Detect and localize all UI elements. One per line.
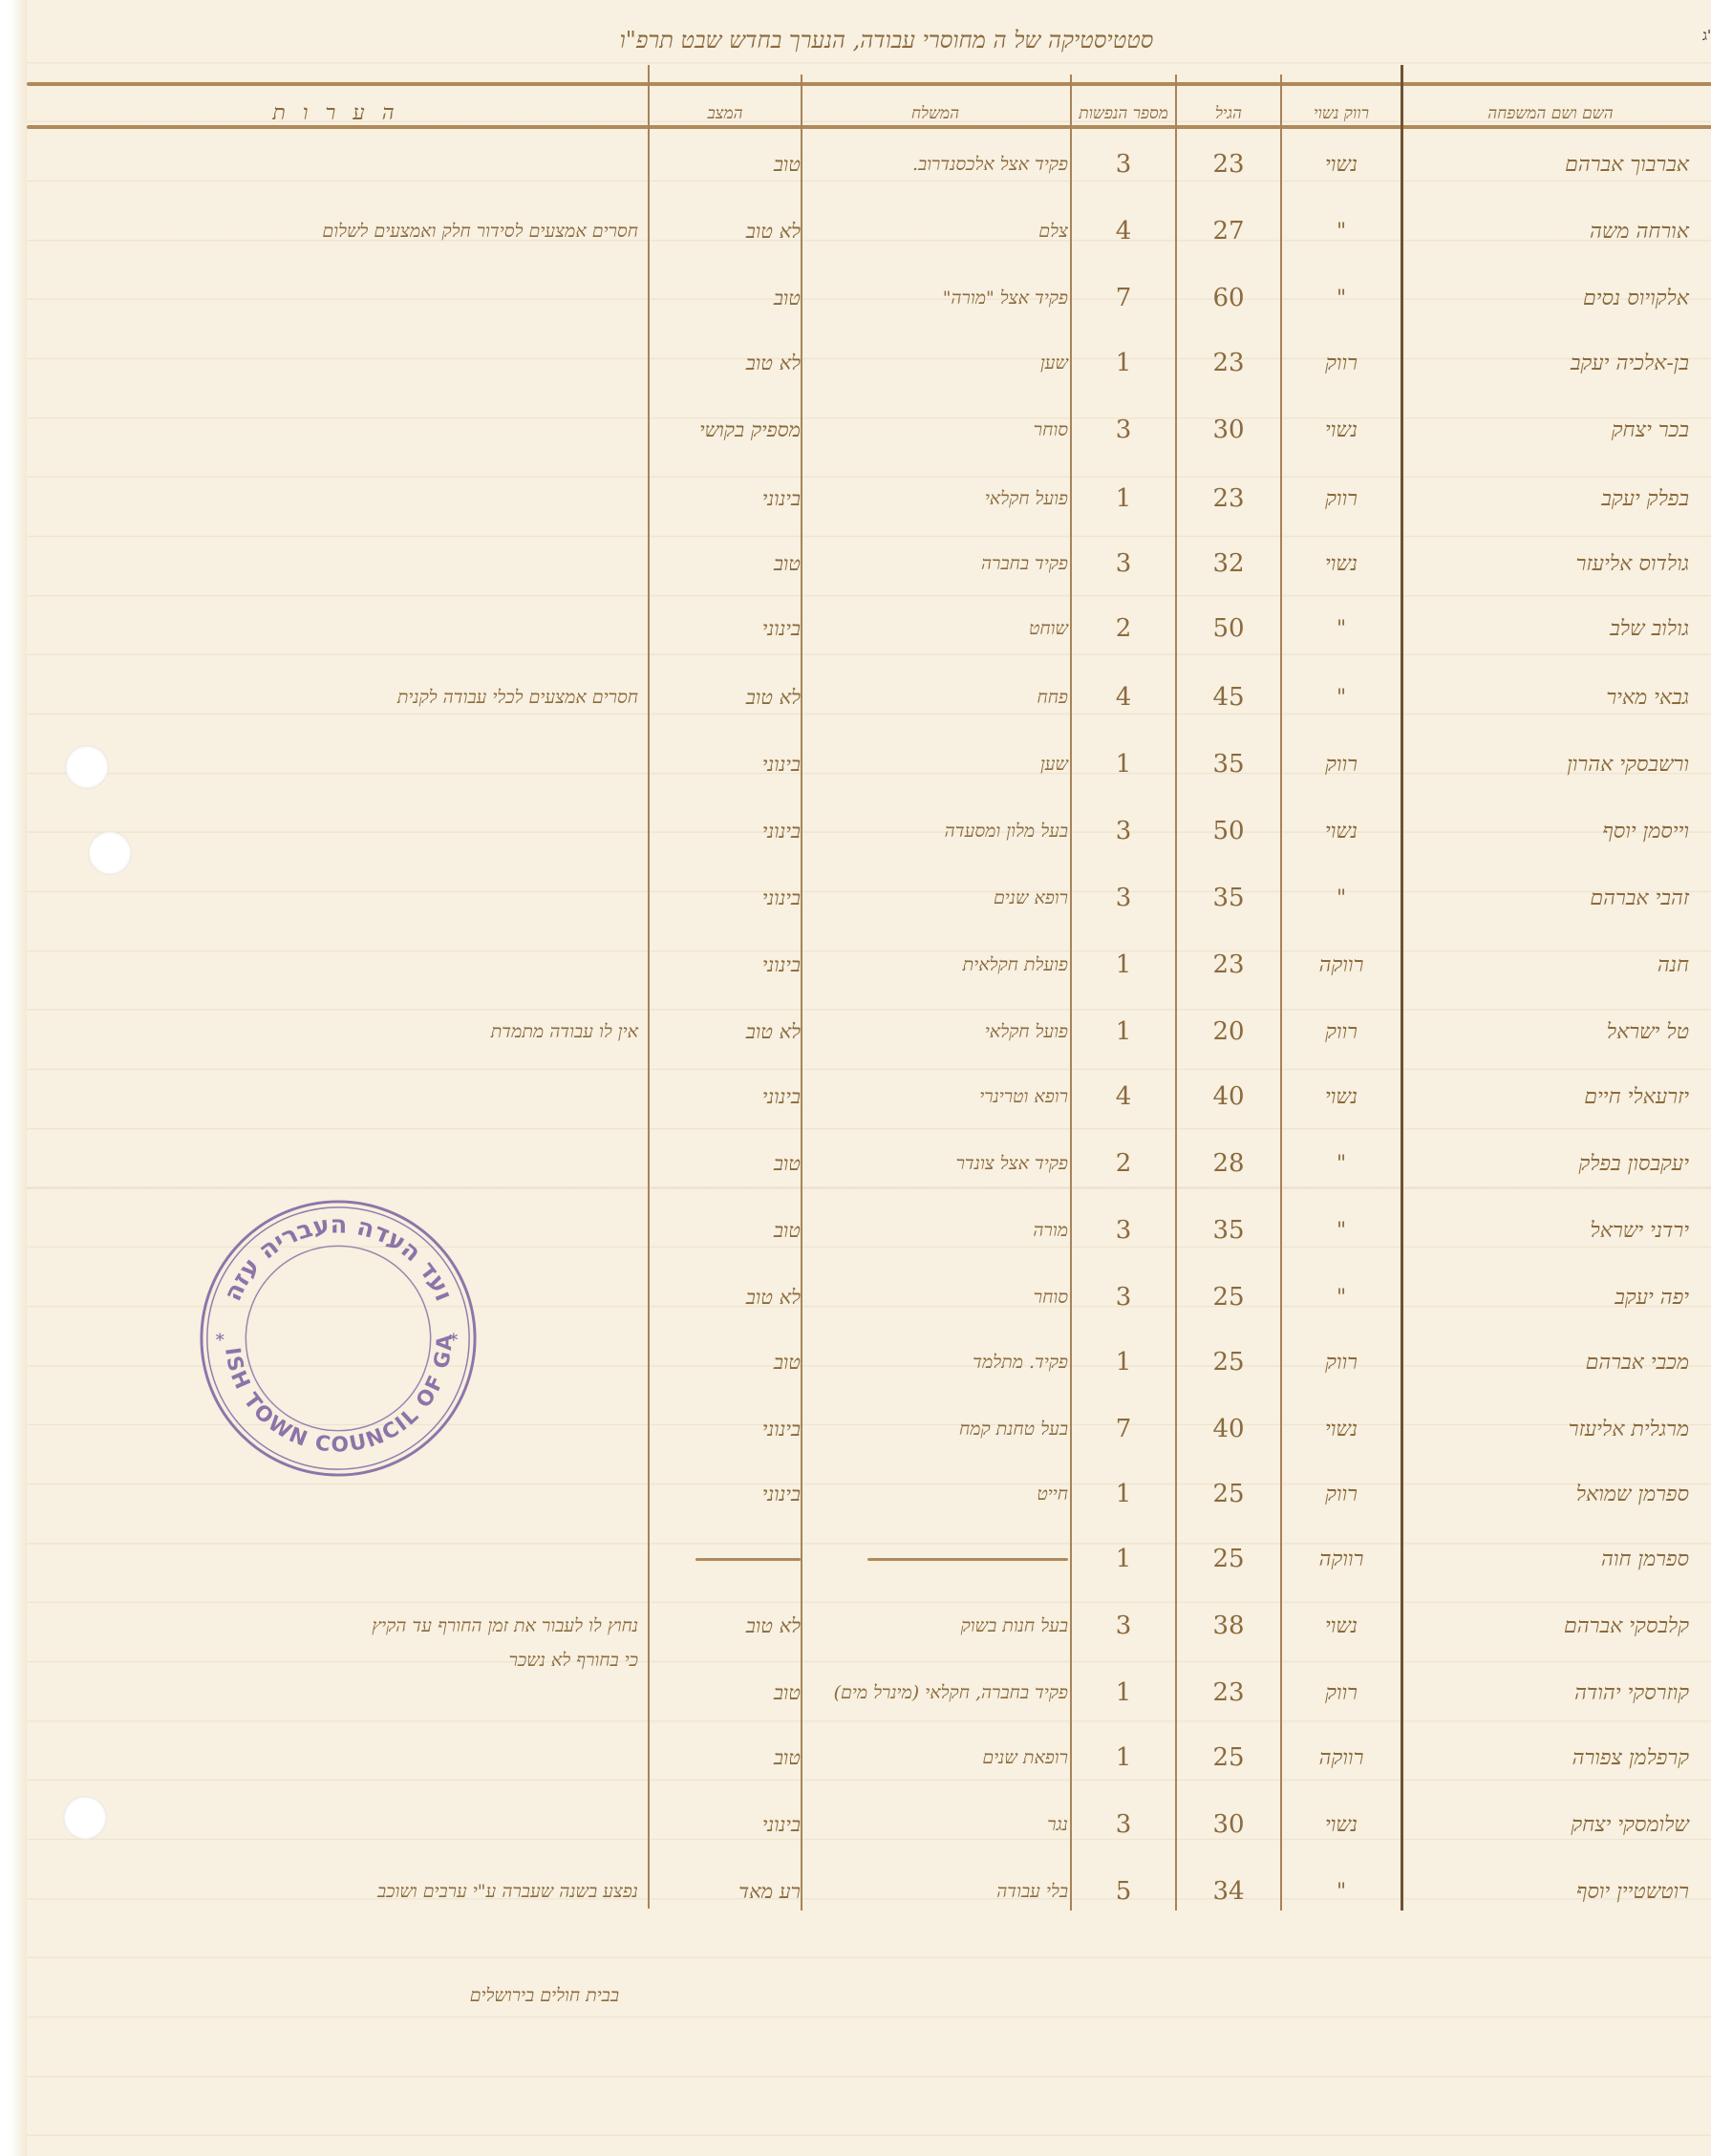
stamp-star-right: * <box>449 1332 458 1351</box>
row-persons: 1 <box>1072 1664 1175 1721</box>
row-age: 45 <box>1177 669 1280 726</box>
row-name: וייסמן יוסף <box>1402 802 1697 860</box>
table-row: אברבוך אברהםנשוי233פקיד אצל אלכסנדרוב.טו… <box>27 136 1711 193</box>
row-name: יזרעאלי חיים <box>1402 1068 1697 1125</box>
row-name: טל ישראל <box>1402 1003 1697 1060</box>
row-name: ספרמן חוה <box>1402 1530 1697 1588</box>
row-marital-status: " <box>1282 1269 1401 1326</box>
row-age: 25 <box>1177 1334 1280 1391</box>
row-marital-status: רווקה <box>1282 936 1401 993</box>
row-condition: טוב <box>650 1135 806 1192</box>
row-name: שלומסקי יצחק <box>1402 1796 1697 1853</box>
row-name: ספרמן שמואל <box>1402 1465 1697 1523</box>
row-marital-status: רווקה <box>1282 1530 1401 1588</box>
row-persons: 1 <box>1072 1334 1175 1391</box>
row-persons: 2 <box>1072 1135 1175 1192</box>
row-age: 25 <box>1177 1465 1280 1523</box>
row-condition: בינוני <box>650 869 806 927</box>
row-age: 25 <box>1177 1269 1280 1326</box>
row-persons: 4 <box>1072 1068 1175 1125</box>
row-marital-status: רווק <box>1282 1003 1401 1060</box>
table-row: קלבסקי אברהםנשוי383בעל חנות בשוקלא טובנח… <box>27 1597 1711 1654</box>
header-top-rule <box>27 82 1711 86</box>
row-persons: 3 <box>1072 1269 1175 1326</box>
row-condition: בינוני <box>650 1068 806 1125</box>
row-persons: 7 <box>1072 269 1175 327</box>
stamp-star-left: * <box>216 1332 225 1351</box>
row-persons: 1 <box>1072 334 1175 392</box>
row-marital-status: " <box>1282 869 1401 927</box>
row-notes <box>65 401 646 459</box>
row-notes <box>65 936 646 993</box>
row-notes <box>65 600 646 657</box>
row-notes <box>65 802 646 860</box>
svg-text:ועד העדה העבריה עזה: ועד העדה העבריה עזה <box>219 1210 459 1305</box>
header-occupation: המשלח <box>802 88 1068 139</box>
blank-dash <box>695 1558 801 1561</box>
row-occupation: שען <box>802 736 1076 793</box>
row-occupation: חייט <box>802 1465 1076 1523</box>
row-persons: 3 <box>1072 1202 1175 1259</box>
row-name: בן-אלכיה יעקב <box>1402 334 1697 392</box>
row-age: 60 <box>1177 269 1280 327</box>
row-notes <box>65 1530 646 1588</box>
row-persons: 3 <box>1072 802 1175 860</box>
row-persons: 1 <box>1072 1465 1175 1523</box>
row-age: 35 <box>1177 1202 1280 1259</box>
row-occupation: רופאת שנים <box>802 1729 1076 1786</box>
row-name: זהבי אברהם <box>1402 869 1697 927</box>
row-occupation: בעל מלון ומסעדה <box>802 802 1076 860</box>
table-row: רוטשטיין יוסף"345בלי עבודהרע מאדנפצע בשנ… <box>27 1863 1711 1920</box>
row-occupation: בעל חנות בשוק <box>802 1597 1076 1654</box>
row-persons: 1 <box>1072 1530 1175 1588</box>
row-notes <box>65 470 646 527</box>
row-marital-status: נשוי <box>1282 1400 1401 1458</box>
row-notes <box>65 869 646 927</box>
row-marital-status: רווק <box>1282 470 1401 527</box>
footer-note-continuation: בבית חולים בירושלים <box>294 1985 619 2007</box>
row-name: אברבוך אברהם <box>1402 136 1697 193</box>
row-occupation: פקיד אצל "מורה" <box>802 269 1076 327</box>
row-occupation: פחח <box>802 669 1076 726</box>
row-persons: 1 <box>1072 736 1175 793</box>
header-notes: הערות <box>46 88 638 139</box>
row-name: ורשבסקי אהרון <box>1402 736 1697 793</box>
row-occupation: בלי עבודה <box>802 1863 1076 1920</box>
row-name: חנה <box>1402 936 1697 993</box>
row-occupation: סוחר <box>802 1269 1076 1326</box>
row-notes <box>65 1664 646 1721</box>
row-notes <box>65 1729 646 1786</box>
row-occupation: צלם <box>802 203 1076 260</box>
table-row: יעקבסון בפלק"282פקיד אצל צונדרטוב <box>27 1135 1711 1192</box>
row-age: 25 <box>1177 1729 1280 1786</box>
row-persons: 1 <box>1072 1729 1175 1786</box>
row-occupation: פועל חקלאי <box>802 1003 1076 1060</box>
row-name: גולוב שלב <box>1402 600 1697 657</box>
row-condition: בינוני <box>650 470 806 527</box>
row-name: יעקבסון בפלק <box>1402 1135 1697 1192</box>
row-marital-status: " <box>1282 1135 1401 1192</box>
row-age: 23 <box>1177 470 1280 527</box>
row-condition: בינוני <box>650 936 806 993</box>
row-notes <box>65 1796 646 1853</box>
row-age: 34 <box>1177 1863 1280 1920</box>
table-row: בן-אלכיה יעקברווק231שעןלא טוב <box>27 334 1711 392</box>
row-persons: 1 <box>1072 470 1175 527</box>
row-marital-status: " <box>1282 669 1401 726</box>
row-name: בפלק יעקב <box>1402 470 1697 527</box>
row-marital-status: " <box>1282 1863 1401 1920</box>
table-row: גולוב שלב"502שוחטבינוני <box>27 600 1711 657</box>
row-condition: לא טוב <box>650 334 806 392</box>
row-name: מכבי אברהם <box>1402 1334 1697 1391</box>
row-marital-status: רווק <box>1282 1465 1401 1523</box>
row-occupation: פקיד אצל אלכסנדרוב. <box>802 136 1076 193</box>
row-persons: 1 <box>1072 936 1175 993</box>
blank-dash <box>867 1558 1068 1561</box>
row-condition: מספיק בקושי <box>650 401 806 459</box>
row-age: 40 <box>1177 1400 1280 1458</box>
row-marital-status: נשוי <box>1282 136 1401 193</box>
row-marital-status: " <box>1282 203 1401 260</box>
table-row: גולדוס אליעזרנשוי323פקיד בחברהטוב <box>27 535 1711 592</box>
page-marker: ג' <box>1702 27 1711 45</box>
row-occupation: פקיד. מתלמד <box>802 1334 1076 1391</box>
document-title: סטטיסטיקה של ה מחוסרי עבודה, הנערך בחדש … <box>457 27 1316 54</box>
row-age: 23 <box>1177 334 1280 392</box>
row-occupation: שוחט <box>802 600 1076 657</box>
row-persons: 3 <box>1072 136 1175 193</box>
row-occupation: פקיד בחברה, חקלאי (מינרל מים) <box>802 1664 1076 1721</box>
row-age: 40 <box>1177 1068 1280 1125</box>
row-age: 23 <box>1177 936 1280 993</box>
row-notes: אין לו עבודה מתמדת <box>65 1003 646 1060</box>
row-marital-status: נשוי <box>1282 401 1401 459</box>
row-occupation: שען <box>802 334 1076 392</box>
row-marital-status: נשוי <box>1282 1597 1401 1654</box>
row-name: קלבסקי אברהם <box>1402 1597 1697 1654</box>
row-name: אלקויוס נסים <box>1402 269 1697 327</box>
row-name: יפה יעקב <box>1402 1269 1697 1326</box>
row-condition: לא טוב <box>650 669 806 726</box>
row-notes <box>65 736 646 793</box>
row-condition: טוב <box>650 269 806 327</box>
row-condition: לא טוב <box>650 203 806 260</box>
row-condition: לא טוב <box>650 1003 806 1060</box>
row-condition: רע מאד <box>650 1863 806 1920</box>
row-marital-status: " <box>1282 1202 1401 1259</box>
row-condition: טוב <box>650 136 806 193</box>
header-name: השם ושם המשפחה <box>1402 88 1699 139</box>
row-marital-status: " <box>1282 269 1401 327</box>
row-notes <box>65 269 646 327</box>
row-occupation: נגר <box>802 1796 1076 1853</box>
table-row: יזרעאלי חייםנשוי404רופא וטרינריבינוני <box>27 1068 1711 1125</box>
row-marital-status: רווק <box>1282 1664 1401 1721</box>
row-persons: 4 <box>1072 203 1175 260</box>
table-row: קרפלמן צפורהרווקה251רופאת שניםטוב <box>27 1729 1711 1786</box>
row-marital-status: נשוי <box>1282 1796 1401 1853</box>
row-notes <box>65 1068 646 1125</box>
table-row: ספרמן חוהרווקה251 <box>27 1530 1711 1588</box>
row-condition: טוב <box>650 1202 806 1259</box>
row-name: ירדני ישראל <box>1402 1202 1697 1259</box>
row-occupation: סוחר <box>802 401 1076 459</box>
stamp-hebrew-text: ועד העדה העבריה עזה <box>219 1210 459 1305</box>
header-condition: המצב <box>650 88 801 139</box>
table-row: בכר יצחקנשוי303סוחרמספיק בקושי <box>27 401 1711 459</box>
row-persons: 2 <box>1072 600 1175 657</box>
row-name: בכר יצחק <box>1402 401 1697 459</box>
row-notes <box>65 1135 646 1192</box>
row-notes: נפצע בשנה שעברה ע"י ערבים ושוכב <box>65 1863 646 1920</box>
row-age: 30 <box>1177 401 1280 459</box>
row-name: גבאי מאיר <box>1402 669 1697 726</box>
row-marital-status: רווק <box>1282 334 1401 392</box>
row-occupation: פועל חקלאי <box>802 470 1076 527</box>
row-condition: בינוני <box>650 1796 806 1853</box>
table-row: חנהרווקה231פועלת חקלאיתבינוני <box>27 936 1711 993</box>
row-occupation: מורה <box>802 1202 1076 1259</box>
row-notes <box>65 535 646 592</box>
row-persons: 5 <box>1072 1863 1175 1920</box>
row-marital-status: נשוי <box>1282 535 1401 592</box>
row-persons: 1 <box>1072 1003 1175 1060</box>
row-condition: בינוני <box>650 1400 806 1458</box>
row-age: 30 <box>1177 1796 1280 1853</box>
row-persons: 4 <box>1072 669 1175 726</box>
row-notes <box>65 136 646 193</box>
row-persons: 3 <box>1072 869 1175 927</box>
row-age: 32 <box>1177 535 1280 592</box>
row-notes <box>65 334 646 392</box>
header-age: הגיל <box>1177 88 1280 139</box>
row-marital-status: רווקה <box>1282 1729 1401 1786</box>
document-page: ג' סטטיסטיקה של ה מחוסרי עבודה, הנערך בח… <box>27 0 1711 2156</box>
row-marital-status: " <box>1282 600 1401 657</box>
row-occupation: רופא שנים <box>802 869 1076 927</box>
row-age: 23 <box>1177 1664 1280 1721</box>
header-persons: מספר הנפשות <box>1072 88 1175 139</box>
row-marital-status: נשוי <box>1282 802 1401 860</box>
row-condition: בינוני <box>650 600 806 657</box>
row-notes: חסרים אמצעים לכלי עבודה לקנית <box>65 669 646 726</box>
row-age: 28 <box>1177 1135 1280 1192</box>
table-row: ורשבסקי אהרוןרווק351שעןבינוני <box>27 736 1711 793</box>
row-condition <box>650 1530 806 1588</box>
row-condition: בינוני <box>650 736 806 793</box>
row-age: 50 <box>1177 802 1280 860</box>
row-condition: בינוני <box>650 802 806 860</box>
table-row: טל ישראלרווק201פועל חקלאילא טובאין לו עב… <box>27 1003 1711 1060</box>
row-persons: 3 <box>1072 1597 1175 1654</box>
table-row: וייסמן יוסףנשוי503בעל מלון ומסעדהבינוני <box>27 802 1711 860</box>
row-occupation: בעל טחנת קמח <box>802 1400 1076 1458</box>
row-persons: 3 <box>1072 1796 1175 1853</box>
row-marital-status: רווק <box>1282 1334 1401 1391</box>
row-age: 25 <box>1177 1530 1280 1588</box>
row-age: 23 <box>1177 136 1280 193</box>
row-age: 20 <box>1177 1003 1280 1060</box>
row-occupation: פועלת חקלאית <box>802 936 1076 993</box>
row-marital-status: נשוי <box>1282 1068 1401 1125</box>
row-name: מרגלית אליעזר <box>1402 1400 1697 1458</box>
row-condition: טוב <box>650 1729 806 1786</box>
row-name: אורחה משה <box>1402 203 1697 260</box>
row-persons: 3 <box>1072 535 1175 592</box>
row-condition: בינוני <box>650 1465 806 1523</box>
council-stamp: ועד העדה העבריה עזה JEWISH TOWN COUNCIL … <box>197 1197 480 1480</box>
paper-torn-edge <box>0 0 27 2156</box>
row-condition: לא טוב <box>650 1597 806 1654</box>
row-condition: טוב <box>650 1664 806 1721</box>
row-name: קוזרסקי יהודה <box>1402 1664 1697 1721</box>
row-occupation: פקיד בחברה <box>802 535 1076 592</box>
table-row: אלקויוס נסים"607פקיד אצל "מורה"טוב <box>27 269 1711 327</box>
row-name: גולדוס אליעזר <box>1402 535 1697 592</box>
row-age: 35 <box>1177 869 1280 927</box>
row-occupation: פקיד אצל צונדר <box>802 1135 1076 1192</box>
row-notes: חסרים אמצעים לסידור חלק ואמצעים לשלום <box>65 203 646 260</box>
header-status: רווק נשוי <box>1282 88 1401 139</box>
row-name: קרפלמן צפורה <box>1402 1729 1697 1786</box>
row-marital-status: רווק <box>1282 736 1401 793</box>
row-condition: טוב <box>650 1334 806 1391</box>
table-row: בפלק יעקברווק231פועל חקלאיבינוני <box>27 470 1711 527</box>
row-condition: טוב <box>650 535 806 592</box>
row-persons: 3 <box>1072 401 1175 459</box>
row-age: 27 <box>1177 203 1280 260</box>
table-row: זהבי אברהם"353רופא שניםבינוני <box>27 869 1711 927</box>
row-name: רוטשטיין יוסף <box>1402 1863 1697 1920</box>
row-persons: 7 <box>1072 1400 1175 1458</box>
row-occupation: רופא וטרינרי <box>802 1068 1076 1125</box>
row-occupation <box>802 1530 1076 1588</box>
table-row: קוזרסקי יהודהרווק231פקיד בחברה, חקלאי (מ… <box>27 1664 1711 1721</box>
table-row: גבאי מאיר"454פחחלא טובחסרים אמצעים לכלי … <box>27 669 1711 726</box>
row-age: 50 <box>1177 600 1280 657</box>
row-condition: לא טוב <box>650 1269 806 1326</box>
row-age: 35 <box>1177 736 1280 793</box>
row-age: 38 <box>1177 1597 1280 1654</box>
table-row: שלומסקי יצחקנשוי303נגרבינוני <box>27 1796 1711 1853</box>
table-row: אורחה משה"274צלםלא טובחסרים אמצעים לסידו… <box>27 203 1711 260</box>
